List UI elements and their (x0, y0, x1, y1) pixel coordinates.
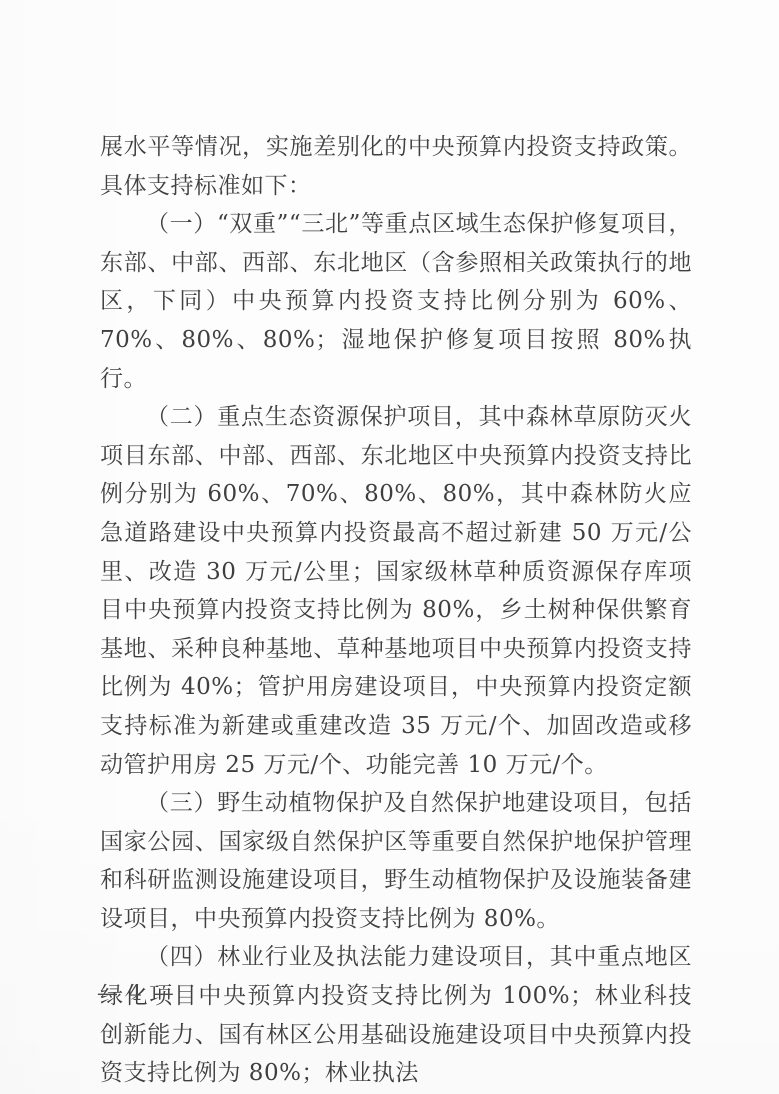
paragraph-item-2: （二）重点生态资源保护项目，其中森林草原防灭火项目东部、中部、西部、东北地区中央… (100, 398, 692, 784)
document-body: 展水平等情况，实施差别化的中央预算内投资支持政策。具体支持标准如下： （一）“双… (100, 128, 692, 1093)
paragraph-item-1: （一）“双重”“三北”等重点区域生态保护修复项目，东部、中部、西部、东北地区（含… (100, 205, 692, 398)
paragraph-continuation: 展水平等情况，实施差别化的中央预算内投资支持政策。具体支持标准如下： (100, 128, 692, 205)
paragraph-item-3: （三）野生动植物保护及自然保护地建设项目，包括国家公园、国家级自然保护区等重要自… (100, 784, 692, 938)
paragraph-item-4: （四）林业行业及执法能力建设项目，其中重点地区绿化项目中央预算内投资支持比例为 … (100, 938, 692, 1092)
document-page: 展水平等情况，实施差别化的中央预算内投资支持政策。具体支持标准如下： （一）“双… (0, 0, 779, 1094)
page-number: — 4 — (97, 978, 176, 1008)
